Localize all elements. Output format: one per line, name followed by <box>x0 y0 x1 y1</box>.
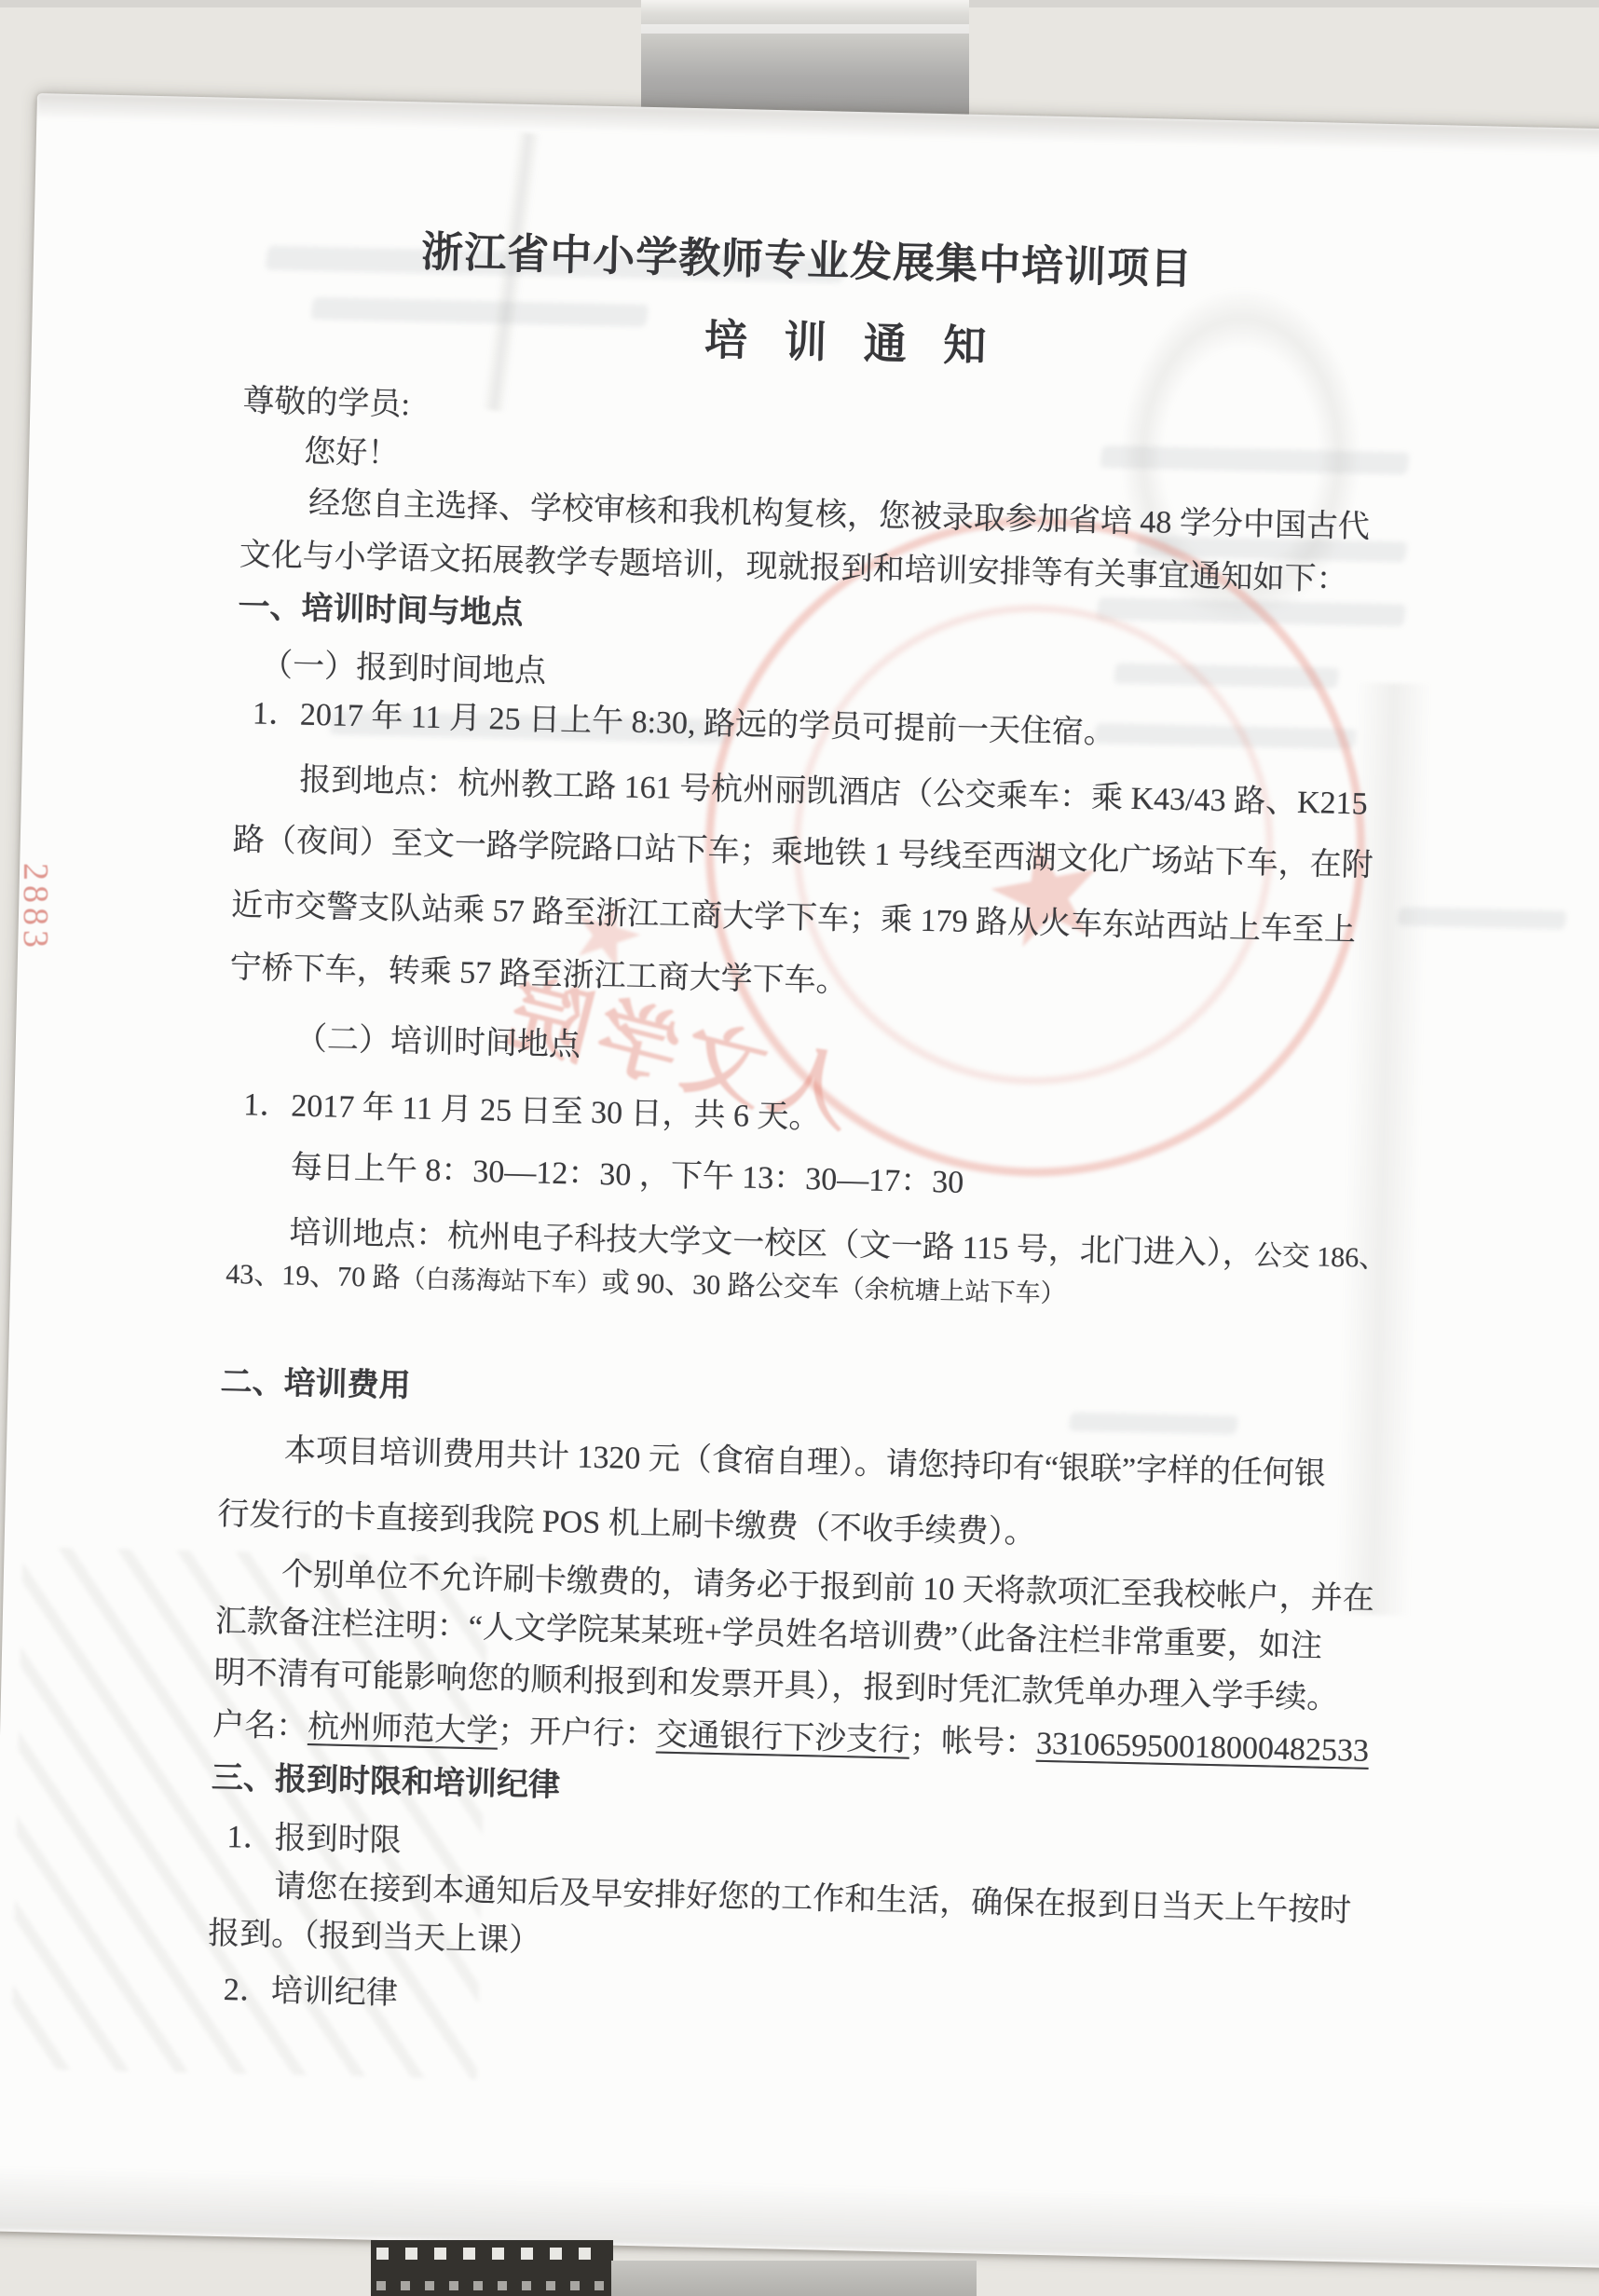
text-segment: 报到。（报到当天上课） <box>208 1917 541 1959</box>
text-line: 二、培训费用 <box>220 1356 411 1406</box>
text-line: 尊敬的学员: <box>242 375 411 424</box>
text-segment: （白荡海站下车） <box>400 1264 602 1297</box>
text-segment: 三、报到时限和培训纪律 <box>212 1761 561 1803</box>
text-segment: 1．报到时限 <box>226 1820 402 1858</box>
text-line: 三、报到时限和培训纪律 <box>212 1752 561 1805</box>
text-segment: 尊敬的学员: <box>242 384 410 422</box>
text-segment: 户名： <box>212 1708 308 1744</box>
bleed-through-smudge <box>1100 445 1410 474</box>
text-line: 2．培训纪律 <box>223 1963 398 2013</box>
text-segment: （二）培训时间地点 <box>295 1022 581 1063</box>
text-line: （一）报到时间地点 <box>261 639 547 691</box>
text-segment: 宁桥下车，转乘 57 路至浙江工商大学下车。 <box>229 950 848 999</box>
text-line: 报到。（报到当天上课） <box>208 1907 541 1961</box>
text-segment: 每日上午 8：30—12：30 ，下午 13：30—17：30 <box>290 1150 963 1199</box>
text-segment: 交通银行下沙支行 <box>656 1718 910 1758</box>
paper-crease <box>0 2166 1599 2267</box>
text-segment: 或 90、30 路公交车 <box>601 1267 840 1304</box>
scanner-artifact <box>611 2261 977 2296</box>
text-line: 1．报到时限 <box>226 1811 402 1860</box>
text-segment: 43、19、70 路 <box>225 1259 401 1293</box>
text-segment: 本项目培训费用共计 1320 元（食宿自理）。请您持印有“银联”字样的任何银 <box>284 1433 1327 1491</box>
text-line: 一、培训时间与地点 <box>238 581 524 633</box>
doc-subtitle: 培 训 通 知 <box>162 294 1542 387</box>
scanner-bed: ★ ★ 人文学院 浙江省中小学教师专业发展集中培训项目 培 训 通 知 尊敬的学… <box>0 0 1599 2296</box>
margin-stamp-number: 2883 <box>15 863 56 952</box>
bleed-through-smudge <box>1069 1413 1239 1435</box>
text-segment: 1．2017 年 11 月 25 日至 30 日，共 6 天。 <box>243 1087 821 1135</box>
text-segment: 您好！ <box>304 435 400 471</box>
text-segment: 杭州师范大学 <box>307 1710 499 1749</box>
text-line: 您好！ <box>304 426 400 473</box>
text-segment: ；帐号： <box>909 1724 1037 1761</box>
doc-title: 浙江省中小学教师专业发展集中培训项目 <box>164 212 1451 301</box>
text-segment: 1．2017 年 11 月 25 日上午 8:30, 路远的学员可提前一天住宿。 <box>253 696 1116 750</box>
text-line: （二）培训时间地点 <box>295 1013 581 1065</box>
text-segment: 2．培训纪律 <box>223 1973 398 2011</box>
text-segment: （一）报到时间地点 <box>261 649 547 690</box>
text-line: 本项目培训费用共计 1320 元（食宿自理）。请您持印有“银联”字样的任何银 <box>284 1424 1327 1493</box>
text-line: 每日上午 8：30—12：30 ，下午 13：30—17：30 <box>290 1141 963 1201</box>
text-line: 行发行的卡直接到我院 POS 机上刷卡缴费（不收手续费）。 <box>217 1488 1036 1552</box>
text-segment: 一、培训时间与地点 <box>238 590 524 631</box>
document-page: ★ ★ 人文学院 浙江省中小学教师专业发展集中培训项目 培 训 通 知 尊敬的学… <box>0 93 1599 2269</box>
text-segment: （余杭塘上站下车） <box>839 1275 1066 1308</box>
bleed-through-smudge <box>1397 907 1567 929</box>
text-segment: ；开户行： <box>498 1715 657 1753</box>
text-segment: 行发行的卡直接到我院 POS 机上刷卡缴费（不收手续费）。 <box>217 1497 1036 1551</box>
film-strip-artifact <box>371 2240 613 2296</box>
text-segment: 331065950018000482533 <box>1036 1727 1370 1769</box>
text-segment: 公交 186、 <box>1253 1240 1387 1274</box>
text-segment: 二、培训费用 <box>220 1365 411 1404</box>
